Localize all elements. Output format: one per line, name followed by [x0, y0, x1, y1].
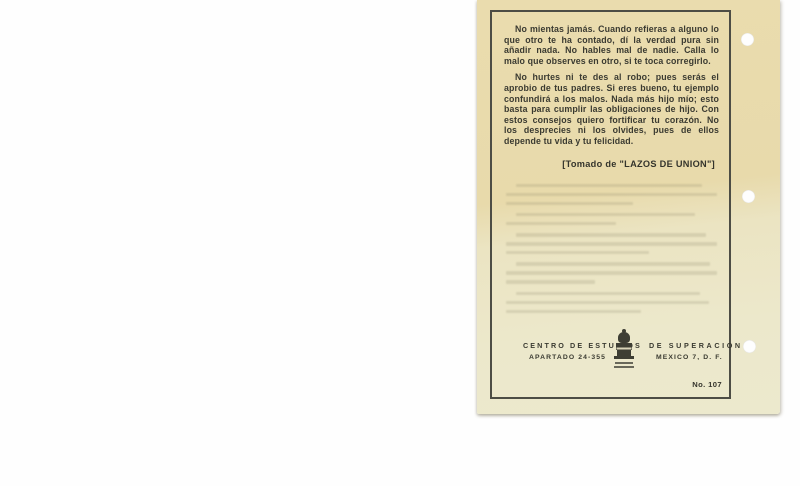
- showthrough-line: [506, 242, 717, 245]
- showthrough-line: [506, 301, 709, 304]
- scanner-background: No mientas jamás. Cuando refieras a algu…: [0, 0, 800, 486]
- showthrough-line: [516, 213, 695, 216]
- org-name-left: CENTRO DE ESTUDIOS: [523, 341, 642, 350]
- showthrough-line: [506, 280, 595, 283]
- emblem-base: [614, 356, 634, 359]
- page-border-frame: No mientas jamás. Cuando refieras a algu…: [490, 10, 731, 399]
- emblem-figure: [618, 332, 630, 343]
- showthrough-line: [516, 233, 706, 236]
- attribution-line: [Tomado de "LAZOS DE UNION"]: [562, 159, 715, 169]
- thinker-statue-emblem-icon: [611, 329, 637, 381]
- emblem-head: [622, 329, 626, 333]
- scanned-page: No mientas jamás. Cuando refieras a algu…: [477, 0, 780, 414]
- punch-hole: [743, 340, 756, 353]
- paragraph-1: No mientas jamás. Cuando refieras a algu…: [504, 24, 719, 66]
- paragraph-2: No hurtes ni te des al robo; pues serás …: [504, 72, 719, 146]
- emblem-caption-line: [614, 366, 634, 368]
- emblem-pedestal-top: [616, 343, 632, 347]
- showthrough-line: [506, 202, 633, 205]
- showthrough-line: [516, 262, 710, 265]
- showthrough-line: [506, 193, 717, 196]
- showthrough-line: [506, 310, 641, 313]
- showthrough-text: [506, 184, 717, 332]
- issue-number: No. 107: [692, 380, 722, 389]
- showthrough-line: [506, 271, 717, 274]
- showthrough-line: [506, 222, 616, 225]
- showthrough-line: [516, 184, 702, 187]
- body-text: No mientas jamás. Cuando refieras a algu…: [504, 24, 719, 153]
- po-box-line: APARTADO 24-355: [529, 354, 606, 361]
- emblem-pedestal: [617, 350, 631, 356]
- emblem-caption-line: [615, 362, 633, 364]
- punch-hole: [741, 33, 754, 46]
- city-line: MEXICO 7, D. F.: [656, 354, 723, 361]
- punch-hole: [742, 190, 755, 203]
- org-name-right: DE SUPERACION: [649, 341, 743, 350]
- showthrough-line: [516, 292, 700, 295]
- showthrough-line: [506, 251, 649, 254]
- emblem-label-band: [616, 347, 632, 350]
